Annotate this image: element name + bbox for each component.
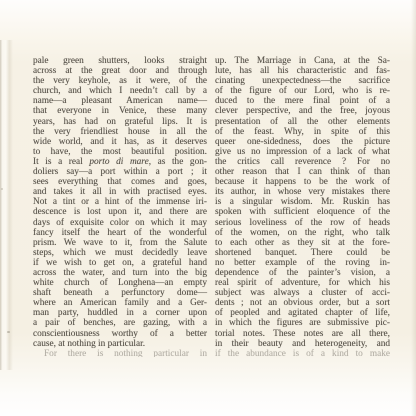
text-line: conscientiousness worthy of a better (33, 329, 207, 339)
text-line: a pair of benches, are gazing, with a (33, 318, 207, 328)
text-line: of the women, on the right, who talk (215, 228, 390, 238)
scan-speck (1, 188, 3, 190)
text-line: pale green shutters, looks straight (33, 56, 207, 66)
text-line: to have, the most beautiful position. (33, 147, 207, 157)
page-edge-shadow-left (0, 40, 13, 370)
text-line: because it happens to be the work of (215, 177, 390, 187)
text-line: fancy itself the heart of the wonderful (33, 228, 207, 238)
text-line: across at the great door and through (33, 66, 207, 76)
text-line: the very friendliest house in all the (33, 127, 207, 137)
text-line: real spirit of adventure, for which his (215, 278, 390, 288)
page-edge-shadow-right (411, 0, 416, 416)
left-column: pale green shutters, looks straightacros… (33, 56, 207, 357)
text-line: lute, has all his characteristic and fas… (215, 66, 390, 76)
text-line: its author, in whose very mistakes there (215, 187, 390, 197)
scan-speck (7, 331, 10, 333)
text-line: name—a pleasant American name— (33, 96, 207, 106)
text-line: cinating unexpectedness—the sacrifice (215, 76, 390, 86)
text-line: presentation of all the other elements (215, 117, 390, 127)
text-line: queer one-sidedness, does the picture (215, 137, 390, 147)
text-line: across the water, and turn into the big (33, 268, 207, 278)
text-line: shortened banquet. There could be (215, 248, 390, 258)
text-line: descence is lost upon it, and there are (33, 207, 207, 217)
text-line: if we wish to get on, a grateful hand (33, 258, 207, 268)
text-line: if the abundance is of a kind to make (215, 349, 390, 357)
text-line: white church of Longhena—an empty (33, 278, 207, 288)
text-line: in their beauty and heterogeneity, and (215, 339, 390, 349)
text-line: torial notes. These notes are all there, (215, 329, 390, 339)
text-line: subject was always a cluster of acci- (215, 288, 390, 298)
text-line: sees everything that comes and goes, (33, 177, 207, 187)
text-line: For there is nothing particular in (33, 349, 207, 357)
text-line: the critics call reverence ? For no (215, 157, 390, 167)
text-line: prism. We wave to it, from the Salute (33, 238, 207, 248)
text-line: and takes it all in with practised eyes. (33, 187, 207, 197)
text-line: dents ; not an obvious order, but a sort (215, 298, 390, 308)
text-line: doliers say—a port within a port ; it (33, 167, 207, 177)
text-line: cause, at nothing in particular. (33, 339, 207, 349)
text-line: dependence of the painter’s vision, a (215, 268, 390, 278)
text-line: shaft beneath a perfunctory dome— (33, 288, 207, 298)
text-line: is a singular wisdom. Mr. Ruskin has (215, 197, 390, 207)
text-line: of the feast. Why, in spite of this (215, 127, 390, 137)
text-line: clever perspective, and the free, joyous (215, 106, 390, 116)
text-line: other reason that I can think of than (215, 167, 390, 177)
text-line: years, has had on grateful lips. It is (33, 117, 207, 127)
text-line: steps, which we must decidedly leave (33, 248, 207, 258)
text-line: It is a real porto di mare, as the gon- (33, 157, 207, 167)
text-line: give us no impression of a lack of what (215, 147, 390, 157)
text-line: man party, huddled in a corner upon (33, 308, 207, 318)
text-line: of peopled and agitated chapter of life, (215, 308, 390, 318)
text-line: days of exquisite color on which it may (33, 218, 207, 228)
text-line: no better example of the roving in- (215, 258, 390, 268)
text-line: spoken with sufficient eloquence of the (215, 207, 390, 217)
text-line: to each other as they sit at the fore- (215, 238, 390, 248)
text-line: serious loveliness of the row of heads (215, 218, 390, 228)
text-line: the very keyhole, as it were, of the (33, 76, 207, 86)
book-page: pale green shutters, looks straightacros… (0, 0, 416, 416)
text-line: church, and which I needn’t call by a (33, 86, 207, 96)
text-line: duced to the mere final point of a (215, 96, 390, 106)
text-line: of the figure of our Lord, who is re- (215, 86, 390, 96)
text-line: where an American family and a Ger- (33, 298, 207, 308)
text-line: Not a tint or a hint of the immense iri- (33, 197, 207, 207)
text-line: in which the figures are submissive pic- (215, 318, 390, 328)
text-line: wide world, and it has, as it deserves (33, 137, 207, 147)
right-column: up. The Marriage in Cana, at the Sa-lute… (215, 56, 390, 357)
text-line: up. The Marriage in Cana, at the Sa- (215, 56, 390, 66)
text-columns: pale green shutters, looks straightacros… (33, 56, 390, 357)
text-line: that everyone in Venice, these many (33, 106, 207, 116)
